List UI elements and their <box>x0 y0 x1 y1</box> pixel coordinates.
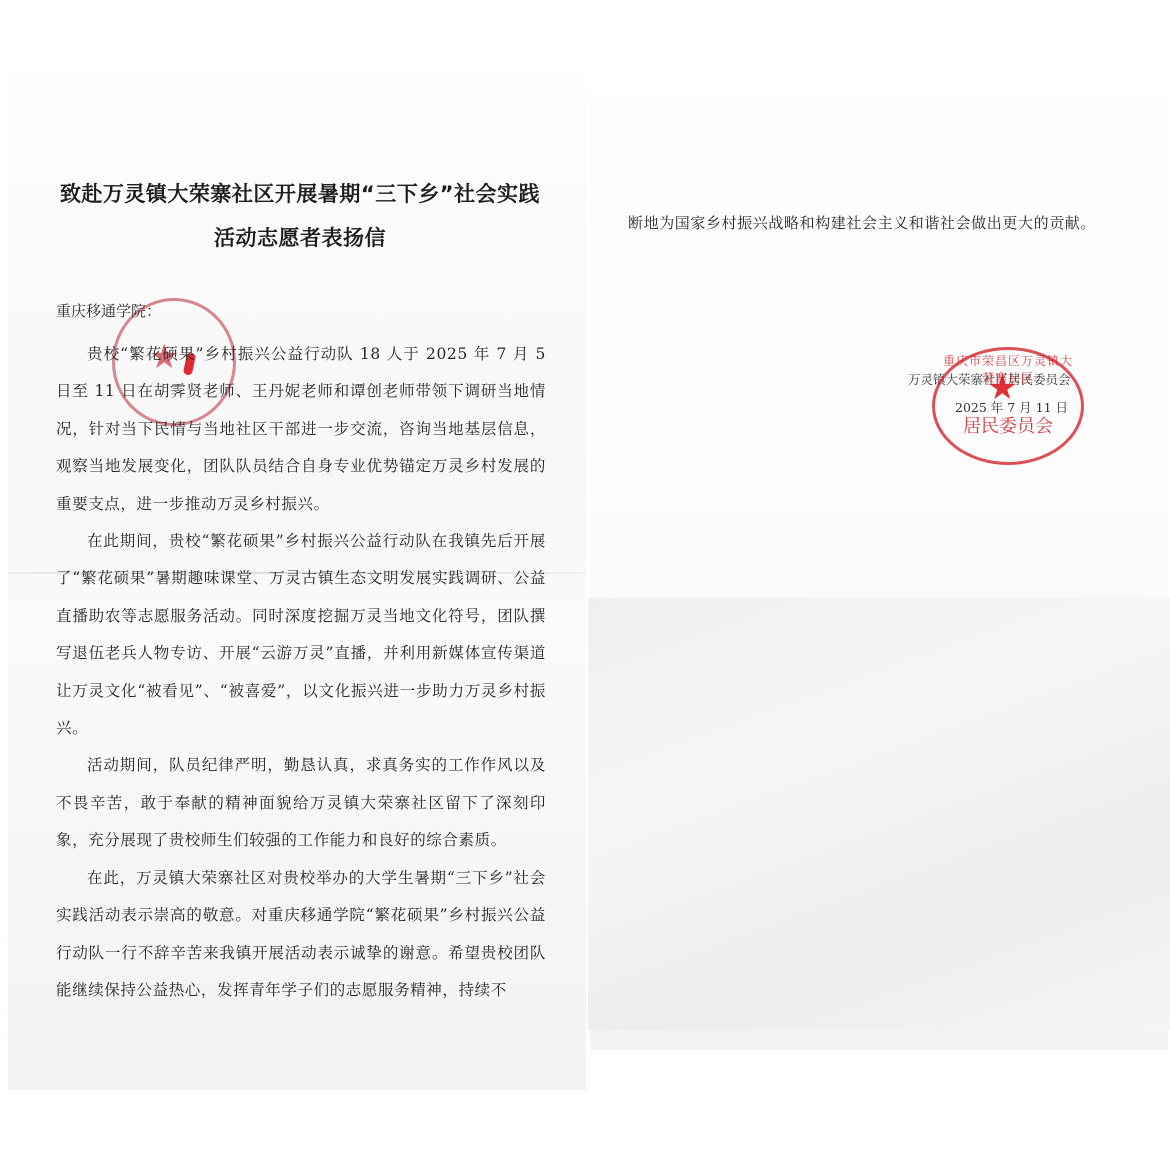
letter-title-line-1: 致赴万灵镇大荣寨社区开展暑期“三下乡”社会实践 <box>40 178 560 208</box>
paragraph-3: 活动期间，队员纪律严明，勤恳认真，求真务实的工作作风以及不畏辛苦，敢于奉献的精神… <box>56 747 546 859</box>
paragraph-2: 在此期间，贵校“繁花硕果”乡村振兴公益行动队在我镇先后开展了“繁花硕果”暑期趣味… <box>56 523 546 747</box>
letter-title-line-2: 活动志愿者表扬信 <box>40 222 560 252</box>
letter-continuation: 断地为国家乡村振兴战略和构建社会主义和谐社会做出更大的贡献。 <box>628 212 1096 233</box>
paragraph-4: 在此，万灵镇大荣寨社区对贵校举办的大学生暑期“三下乡”社会实践活动表示崇高的敬意… <box>56 860 546 1010</box>
paragraph-1: 贵校“繁花硕果”乡村振兴公益行动队 18 人于 2025 年 7 月 5 日至 … <box>56 336 546 523</box>
star-icon: ★ <box>987 368 1017 408</box>
paper-shadow-area <box>588 598 1170 1030</box>
stamp-bottom-text: 居民委员会 <box>935 412 1081 438</box>
letter-body: 贵校“繁花硕果”乡村振兴公益行动队 18 人于 2025 年 7 月 5 日至 … <box>56 336 546 1009</box>
committee-seal-stamp: 重庆市荣昌区万灵镇大荣寨社区 ★ 居民委员会 <box>932 347 1084 465</box>
salutation: 重庆移通学院： <box>56 300 161 321</box>
